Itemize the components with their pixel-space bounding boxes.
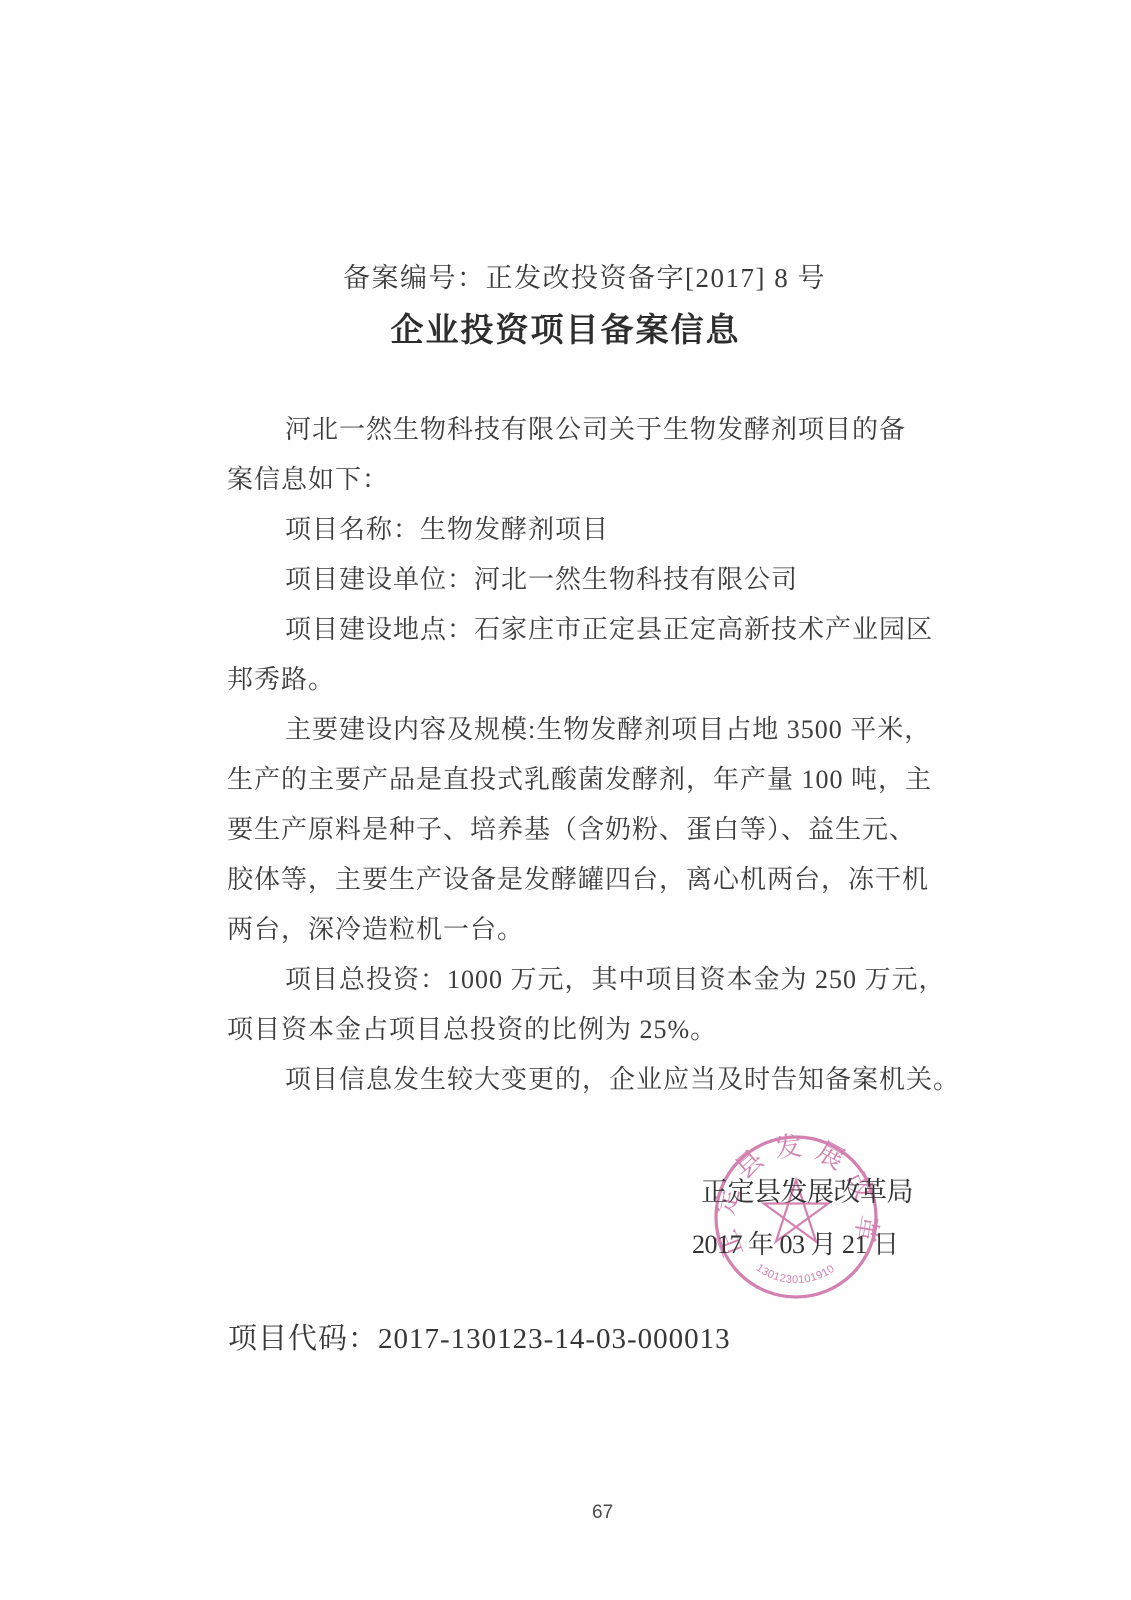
document-page: 备案编号：正发改投资备字[2017] 8 号 企业投资项目备案信息 河北一然生物… [0,0,1131,1600]
body-line: 项目名称：生物发酵剂项目 [227,505,937,555]
body-line: 主要建设内容及规模:生物发酵剂项目占地 3500 平米， [227,705,937,755]
body-line: 项目建设地点：石家庄市正定县正定高新技术产业园区 [227,605,937,655]
body-line: 两台，深冷造粒机一台。 [227,905,937,955]
body-lines: 河北一然生物科技有限公司关于生物发酵剂项目的备案信息如下：项目名称：生物发酵剂项… [227,405,937,1105]
project-code-line: 项目代码：2017-130123-14-03-000013 [228,1316,731,1357]
page-number: 67 [592,1502,613,1524]
seal-serial-number: 1301230101910 [754,1262,838,1286]
body-line: 项目资本金占项目总投资的比例为 25%。 [227,1005,937,1055]
body-line: 项目建设单位：河北一然生物科技有限公司 [227,555,937,605]
page-title: 企业投资项目备案信息 [0,304,1131,351]
official-seal-stamp: 正定县发展改革局 1301230101910 [696,1117,896,1317]
body-line: 案信息如下： [227,455,937,505]
body-line: 项目信息发生较大变更的，企业应当及时告知备案机关。 [227,1055,937,1105]
body-line: 河北一然生物科技有限公司关于生物发酵剂项目的备 [227,405,937,455]
body-line: 要生产原料是种子、培养基（含奶粉、蛋白等）、益生元、 [227,805,937,855]
body-line: 胶体等，主要生产设备是发酵罐四台，离心机两台，冻干机 [227,855,937,905]
signature-agency: 正定县发展改革局 [701,1170,913,1209]
body-line: 生产的主要产品是直投式乳酸菌发酵剂，年产量 100 吨，主 [227,755,937,805]
body-line: 邦秀路。 [227,655,937,705]
signature-date: 2017 年 03 月 21 日 [692,1224,899,1261]
body-line: 项目总投资：1000 万元，其中项目资本金为 250 万元， [227,955,937,1005]
filing-number-line: 备案编号：正发改投资备字[2017] 8 号 [343,256,826,295]
